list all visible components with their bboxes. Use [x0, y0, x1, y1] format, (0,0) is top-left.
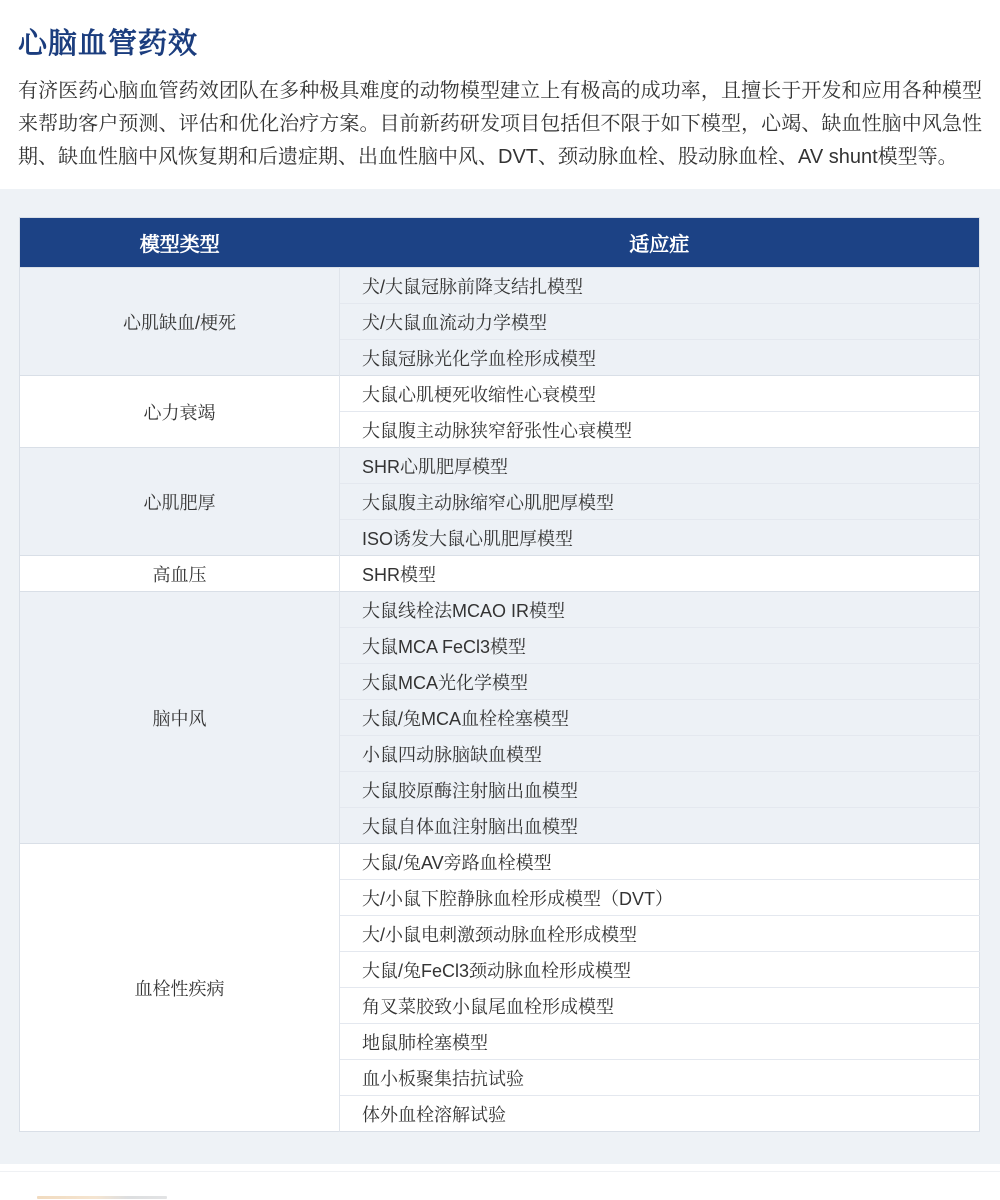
- model-type-cell: 心肌肥厚: [20, 448, 340, 556]
- table-row: 心力衰竭大鼠心肌梗死收缩性心衰模型: [20, 376, 980, 412]
- content-panel: 模型类型 适应症 心肌缺血/梗死犬/大鼠冠脉前降支结扎模型犬/大鼠血流动力学模型…: [0, 189, 1000, 1164]
- indication-cell: 大/小鼠下腔静脉血栓形成模型（DVT）: [340, 880, 980, 916]
- indication-cell: 小鼠四动脉脑缺血模型: [340, 736, 980, 772]
- indication-cell: 角叉菜胶致小鼠尾血栓形成模型: [340, 988, 980, 1024]
- model-type-cell: 高血压: [20, 556, 340, 592]
- indication-cell: 大鼠/兔AV旁路血栓模型: [340, 844, 980, 880]
- header-row: 模型类型 适应症: [20, 218, 980, 268]
- footer-area: [0, 1164, 1000, 1199]
- footer-divider: [0, 1171, 1000, 1172]
- indication-cell: SHR心肌肥厚模型: [340, 448, 980, 484]
- table-header: 模型类型 适应症: [20, 218, 980, 268]
- table-row: 血栓性疾病大鼠/兔AV旁路血栓模型: [20, 844, 980, 880]
- page-title: 心脑血管药效: [18, 26, 982, 62]
- model-type-cell: 心肌缺血/梗死: [20, 268, 340, 376]
- table-row: 脑中风大鼠线栓法MCAO IR模型: [20, 592, 980, 628]
- indication-cell: 大鼠线栓法MCAO IR模型: [340, 592, 980, 628]
- indication-cell: SHR模型: [340, 556, 980, 592]
- indication-cell: 体外血栓溶解试验: [340, 1096, 980, 1132]
- indication-cell: 大鼠/兔MCA血栓栓塞模型: [340, 700, 980, 736]
- indication-cell: 大鼠/兔FeCl3颈动脉血栓形成模型: [340, 952, 980, 988]
- indication-cell: 大鼠腹主动脉缩窄心肌肥厚模型: [340, 484, 980, 520]
- indication-cell: 大鼠胶原酶注射脑出血模型: [340, 772, 980, 808]
- page: 心脑血管药效 有济医药心脑血管药效团队在多种极具难度的动物模型建立上有极高的成功…: [0, 26, 1000, 1199]
- column-header-model-type: 模型类型: [20, 218, 340, 268]
- table-row: 高血压SHR模型: [20, 556, 980, 592]
- table-row: 心肌缺血/梗死犬/大鼠冠脉前降支结扎模型: [20, 268, 980, 304]
- models-table: 模型类型 适应症 心肌缺血/梗死犬/大鼠冠脉前降支结扎模型犬/大鼠血流动力学模型…: [19, 217, 980, 1132]
- model-type-cell: 心力衰竭: [20, 376, 340, 448]
- indication-cell: 大/小鼠电刺激颈动脉血栓形成模型: [340, 916, 980, 952]
- indication-cell: 犬/大鼠冠脉前降支结扎模型: [340, 268, 980, 304]
- column-header-indication: 适应症: [340, 218, 980, 268]
- indication-cell: 大鼠冠脉光化学血栓形成模型: [340, 340, 980, 376]
- model-type-cell: 脑中风: [20, 592, 340, 844]
- indication-cell: 大鼠心肌梗死收缩性心衰模型: [340, 376, 980, 412]
- indication-cell: 犬/大鼠血流动力学模型: [340, 304, 980, 340]
- intro-paragraph: 有济医药心脑血管药效团队在多种极具难度的动物模型建立上有极高的成功率，且擅长于开…: [18, 75, 982, 174]
- indication-cell: 大鼠MCA FeCl3模型: [340, 628, 980, 664]
- footer-logo-edge: [37, 1196, 167, 1199]
- indication-cell: ISO诱发大鼠心肌肥厚模型: [340, 520, 980, 556]
- indication-cell: 大鼠腹主动脉狭窄舒张性心衰模型: [340, 412, 980, 448]
- indication-cell: 血小板聚集拮抗试验: [340, 1060, 980, 1096]
- indication-cell: 大鼠自体血注射脑出血模型: [340, 808, 980, 844]
- table-body: 心肌缺血/梗死犬/大鼠冠脉前降支结扎模型犬/大鼠血流动力学模型大鼠冠脉光化学血栓…: [20, 268, 980, 1132]
- model-type-cell: 血栓性疾病: [20, 844, 340, 1132]
- indication-cell: 大鼠MCA光化学模型: [340, 664, 980, 700]
- table-row: 心肌肥厚SHR心肌肥厚模型: [20, 448, 980, 484]
- indication-cell: 地鼠肺栓塞模型: [340, 1024, 980, 1060]
